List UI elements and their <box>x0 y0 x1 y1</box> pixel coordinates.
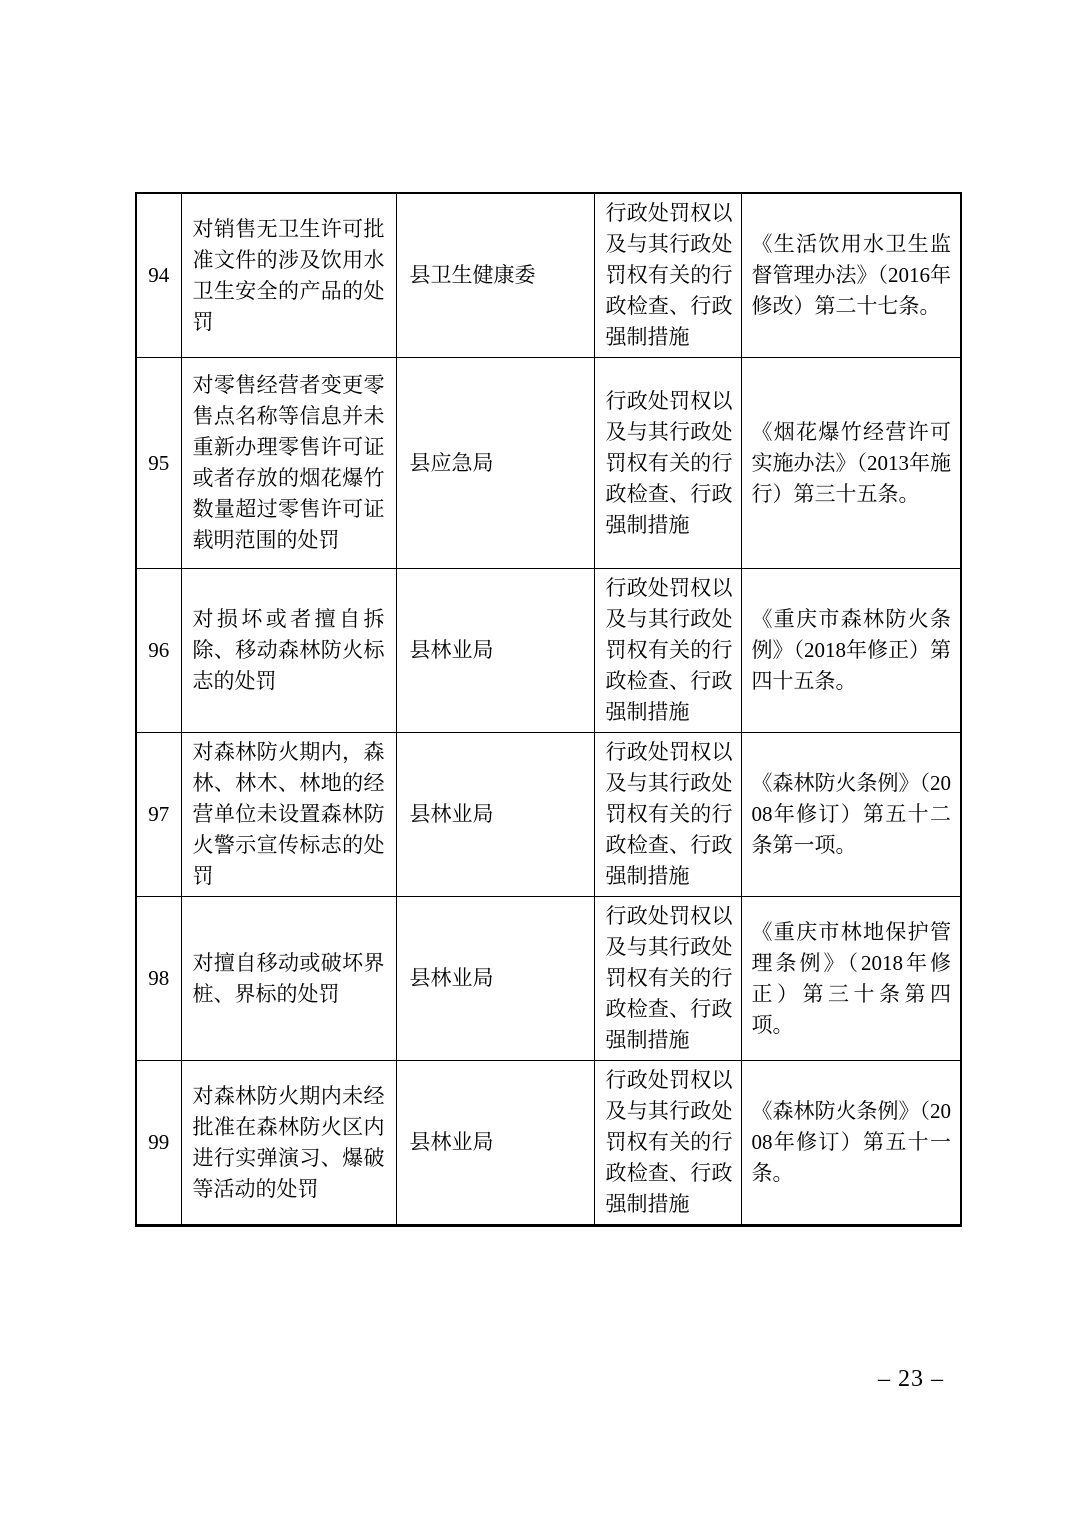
table-row: 94对销售无卫生许可批准文件的涉及饮用水卫生安全的产品的处罚县卫生健康委行政处罚… <box>136 193 961 358</box>
cell-powers: 行政处罚权以及与其行政处罚权有关的行政检查、行政强制措施 <box>594 1061 741 1226</box>
cell-powers: 行政处罚权以及与其行政处罚权有关的行政检查、行政强制措施 <box>594 733 741 897</box>
cell-powers: 行政处罚权以及与其行政处罚权有关的行政检查、行政强制措施 <box>594 897 741 1061</box>
cell-legal-basis: 《重庆市林地保护管理条例》（2018年修正）第三十条第四项。 <box>741 897 961 1061</box>
cell-department: 县卫生健康委 <box>396 193 594 358</box>
cell-seq-number: 99 <box>136 1061 181 1226</box>
cell-item: 对森林防火期内未经批准在森林防火区内进行实弹演习、爆破等活动的处罚 <box>181 1061 396 1226</box>
cell-legal-basis: 《重庆市森林防火条例》（2018年修正）第四十五条。 <box>741 569 961 733</box>
cell-department: 县林业局 <box>396 569 594 733</box>
table-row: 97对森林防火期内，森林、林木、林地的经营单位未设置森林防火警示宣传标志的处罚县… <box>136 733 961 897</box>
cell-seq-number: 95 <box>136 358 181 569</box>
cell-seq-number: 98 <box>136 897 181 1061</box>
cell-item: 对森林防火期内，森林、林木、林地的经营单位未设置森林防火警示宣传标志的处罚 <box>181 733 396 897</box>
cell-legal-basis: 《森林防火条例》（2008年修订）第五十一条。 <box>741 1061 961 1226</box>
cell-powers: 行政处罚权以及与其行政处罚权有关的行政检查、行政强制措施 <box>594 193 741 358</box>
cell-powers: 行政处罚权以及与其行政处罚权有关的行政检查、行政强制措施 <box>594 569 741 733</box>
cell-department: 县林业局 <box>396 1061 594 1226</box>
cell-powers: 行政处罚权以及与其行政处罚权有关的行政检查、行政强制措施 <box>594 358 741 569</box>
cell-legal-basis: 《生活饮用水卫生监督管理办法》（2016年修改）第二十七条。 <box>741 193 961 358</box>
cell-legal-basis: 《烟花爆竹经营许可实施办法》（2013年施行）第三十五条。 <box>741 358 961 569</box>
table-row: 98对擅自移动或破坏界桩、界标的处罚县林业局行政处罚权以及与其行政处罚权有关的行… <box>136 897 961 1061</box>
cell-item: 对销售无卫生许可批准文件的涉及饮用水卫生安全的产品的处罚 <box>181 193 396 358</box>
cell-seq-number: 96 <box>136 569 181 733</box>
document-page: 94对销售无卫生许可批准文件的涉及饮用水卫生安全的产品的处罚县卫生健康委行政处罚… <box>0 0 1074 1520</box>
cell-department: 县林业局 <box>396 897 594 1061</box>
penalty-table-body: 94对销售无卫生许可批准文件的涉及饮用水卫生安全的产品的处罚县卫生健康委行政处罚… <box>136 193 961 1226</box>
cell-item: 对零售经营者变更零售点名称等信息并未重新办理零售许可证或者存放的烟花爆竹数量超过… <box>181 358 396 569</box>
cell-legal-basis: 《森林防火条例》（2008年修订）第五十二条第一项。 <box>741 733 961 897</box>
table-row: 96对损坏或者擅自拆除、移动森林防火标志的处罚县林业局行政处罚权以及与其行政处罚… <box>136 569 961 733</box>
cell-department: 县应急局 <box>396 358 594 569</box>
table-row: 99对森林防火期内未经批准在森林防火区内进行实弹演习、爆破等活动的处罚县林业局行… <box>136 1061 961 1226</box>
table-row: 95对零售经营者变更零售点名称等信息并未重新办理零售许可证或者存放的烟花爆竹数量… <box>136 358 961 569</box>
cell-department: 县林业局 <box>396 733 594 897</box>
penalty-table: 94对销售无卫生许可批准文件的涉及饮用水卫生安全的产品的处罚县卫生健康委行政处罚… <box>135 192 962 1227</box>
cell-seq-number: 94 <box>136 193 181 358</box>
cell-item: 对损坏或者擅自拆除、移动森林防火标志的处罚 <box>181 569 396 733</box>
cell-item: 对擅自移动或破坏界桩、界标的处罚 <box>181 897 396 1061</box>
cell-seq-number: 97 <box>136 733 181 897</box>
page-number: – 23 – <box>878 1366 944 1393</box>
